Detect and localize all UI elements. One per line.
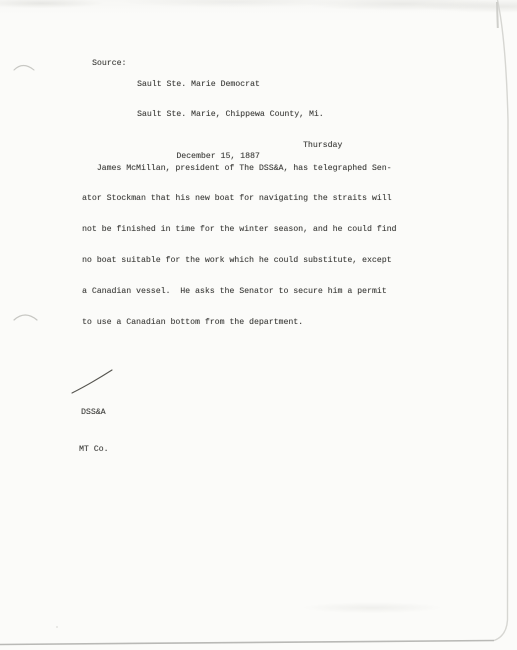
page-corner-shadow	[497, 2, 498, 28]
article-line: a Canadian vessel. He asks the Senator t…	[82, 287, 396, 297]
filing-notation-company: MT Co.	[79, 444, 108, 456]
publication-name: Sault Ste. Marie Democrat	[137, 80, 324, 90]
publication-location: Sault Ste. Marie, Chippewa County, Mi.	[137, 110, 324, 120]
pencil-mark-arc	[14, 315, 37, 320]
page-bottom-edge	[0, 641, 494, 645]
filing-notation: DSS&A MT Co.	[79, 382, 108, 481]
scan-speck	[56, 626, 58, 628]
pencil-mark-arc	[14, 66, 34, 71]
page-right-edge	[494, 0, 508, 641]
article-line: ator Stockman that his new boat for navi…	[82, 194, 396, 204]
article-line: James McMillan, president of The DSS&A, …	[82, 164, 396, 174]
filing-notation-railroad: DSS&A	[81, 407, 108, 419]
article-body: James McMillan, president of The DSS&A, …	[82, 143, 396, 349]
article-line: not be finished in time for the winter s…	[82, 225, 396, 235]
article-line: to use a Canadian bottom from the depart…	[82, 318, 396, 328]
article-line: no boat suitable for the work which he c…	[82, 256, 396, 266]
scanned-document-page: Source: Sault Ste. Marie Democrat Sault …	[0, 0, 517, 650]
